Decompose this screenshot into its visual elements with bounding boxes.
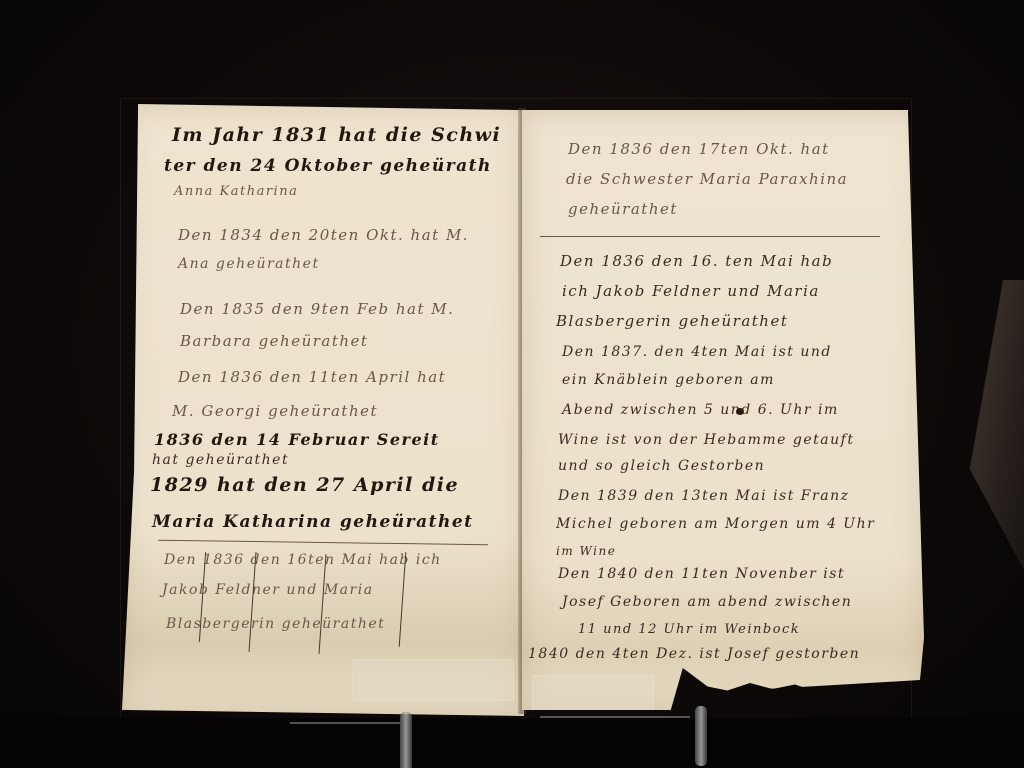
- handwritten-line: Den 1836 den 16. ten Mai hab: [560, 252, 833, 270]
- handwritten-line: Den 1837. den 4ten Mai ist und: [562, 344, 832, 360]
- handwritten-line: ich Jakob Feldner und Maria: [562, 282, 820, 300]
- handwritten-line: hat geheürathet: [152, 452, 289, 468]
- display-shelf: [0, 718, 1024, 768]
- handwritten-line: Den 1834 den 20ten Okt. hat M.: [178, 226, 469, 244]
- acrylic-stand-left: [400, 712, 412, 768]
- right-page: Den 1836 den 17ten Okt. hat die Schweste…: [522, 110, 924, 710]
- divider-line: [158, 540, 488, 546]
- handwritten-line: Michel geboren am Morgen um 4 Uhr: [556, 516, 875, 532]
- strike-mark: [319, 554, 327, 654]
- handwritten-line: Maria Katharina geheürathet: [152, 512, 474, 532]
- handwritten-line: 1840 den 4ten Dez. ist Josef gestorben: [528, 646, 860, 662]
- handwritten-line: die Schwester Maria Paraxhina: [566, 170, 848, 188]
- handwritten-line: im Wine: [556, 544, 616, 558]
- handwritten-line: Blasbergerin geheürathet: [556, 312, 788, 330]
- handwritten-line: und so gleich Gestorben: [558, 458, 765, 474]
- handwritten-line: Den 1835 den 9ten Feb hat M.: [180, 300, 454, 318]
- handwritten-line: geheürathet: [568, 200, 678, 218]
- tape-strip: [532, 675, 654, 712]
- crossed-out-line: Jakob Feldner und Maria: [162, 582, 374, 598]
- divider-line: [540, 236, 880, 237]
- handwritten-line: ein Knäblein geboren am: [562, 372, 775, 388]
- stand-rail: [290, 722, 400, 724]
- acrylic-stand-right: [695, 706, 707, 766]
- ink-blot: [736, 408, 744, 415]
- handwritten-line: Ana geheürathet: [178, 256, 320, 272]
- tape-strip: [352, 659, 514, 701]
- handwritten-line: Barbara geheürathet: [180, 332, 368, 350]
- handwritten-line: Den 1836 den 17ten Okt. hat: [568, 140, 830, 158]
- handwritten-line: 1829 hat den 27 April die: [150, 474, 459, 496]
- left-page: Im Jahr 1831 hat die Schwi ter den 24 Ok…: [122, 104, 524, 716]
- handwritten-line: 1836 den 14 Februar Sereit: [154, 430, 440, 449]
- handwritten-line: Josef Geboren am abend zwischen: [562, 594, 852, 610]
- handwritten-line: M. Georgi geheürathet: [172, 402, 378, 420]
- handwritten-line: Anna Katharina: [174, 184, 298, 199]
- handwritten-line: ter den 24 Oktober geheürath: [164, 156, 492, 176]
- stand-rail: [540, 716, 690, 718]
- handwritten-line: Wine ist von der Hebamme getauft: [558, 432, 854, 448]
- handwritten-line: Den 1839 den 13ten Mai ist Franz: [558, 488, 849, 504]
- handwritten-line: Den 1836 den 11ten April hat: [178, 368, 446, 386]
- handwritten-line: Abend zwischen 5 und 6. Uhr im: [562, 402, 839, 418]
- handwritten-line: 11 und 12 Uhr im Weinbock: [578, 622, 800, 637]
- handwritten-line: Den 1840 den 11ten Novenber ist: [558, 566, 845, 582]
- handwritten-line: Im Jahr 1831 hat die Schwi: [172, 124, 501, 146]
